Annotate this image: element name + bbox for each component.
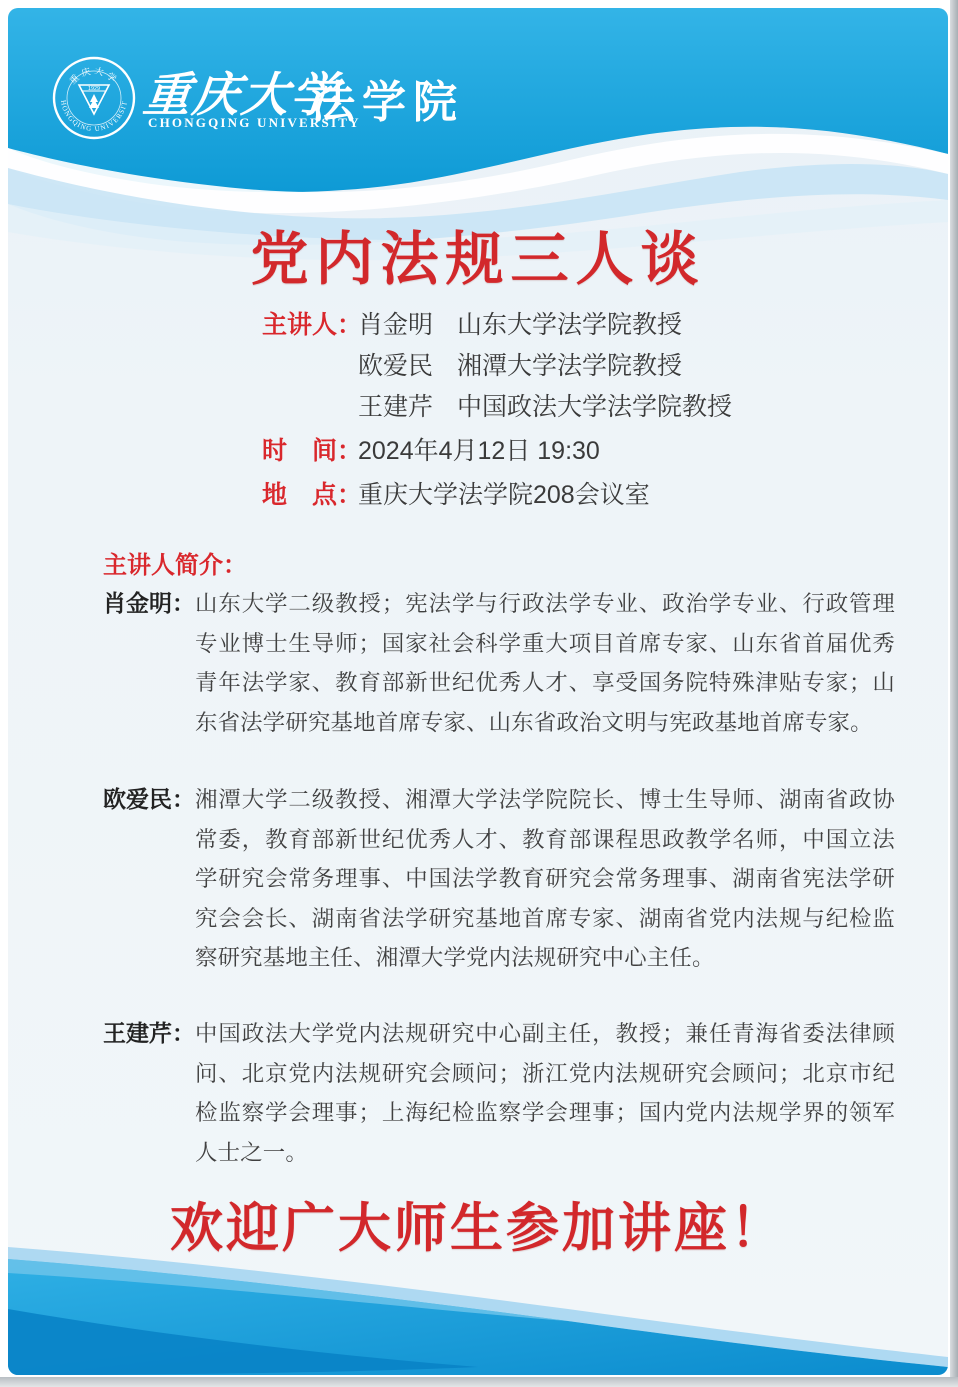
- speaker-label: 主讲人：: [262, 312, 358, 339]
- seal-year: 1929: [88, 86, 100, 92]
- bio-text: 山东大学二级教授；宪法学与行政法学专业、政治学专业、行政管理专业博士生导师；国家…: [195, 584, 895, 742]
- speaker-row-1: 主讲人：肖金明山东大学法学院教授: [262, 312, 732, 353]
- bio-wang-jianqin: 王建芹： 中国政法大学党内法规研究中心副主任，教授；兼任青海省委法律顾问、北京党…: [103, 1014, 895, 1172]
- photo-edge-bottom: [0, 1377, 958, 1387]
- bios-heading: 主讲人简介：: [103, 545, 247, 580]
- speaker-affiliation: 山东大学法学院教授: [457, 312, 682, 339]
- speaker-affiliation: 湘潭大学法学院教授: [457, 353, 682, 380]
- speaker-name: 王建芹: [358, 394, 433, 421]
- bio-name: 王建芹：: [103, 1014, 195, 1054]
- poster-title: 党内法规三人谈: [8, 212, 948, 296]
- venue-label: 地 点：: [262, 482, 358, 509]
- speaker-row-3: 王建芹中国政法大学法学院教授: [262, 394, 732, 435]
- speaker-row-2: 欧爱民湘潭大学法学院教授: [262, 353, 732, 394]
- speaker-name: 肖金明: [358, 312, 433, 339]
- event-info: 主讲人：肖金明山东大学法学院教授 欧爱民湘潭大学法学院教授 王建芹中国政法大学法…: [262, 312, 732, 523]
- school-name: 法学院: [311, 66, 464, 130]
- footer-wave: [8, 1245, 948, 1375]
- bio-text: 中国政法大学党内法规研究中心副主任，教授；兼任青海省委法律顾问、北京党内法规研究…: [195, 1014, 895, 1172]
- speaker-affiliation: 中国政法大学法学院教授: [457, 394, 732, 421]
- venue-row: 地 点：重庆大学法学院208会议室: [262, 482, 732, 523]
- bio-name: 肖金明：: [103, 584, 195, 624]
- university-seal-icon: 重庆大学 CHONGQING UNIVERSITY 1929: [52, 56, 136, 140]
- bio-ou-aimin: 欧爱民： 湘潭大学二级教授、湘潭大学法学院院长、博士生导师、湖南省政协常委，教育…: [103, 780, 895, 978]
- venue-value: 重庆大学法学院208会议室: [358, 481, 650, 509]
- header-brand: 重庆大学 CHONGQING UNIVERSITY 1929 重庆大学 CHON…: [8, 8, 948, 168]
- time-row: 时 间：2024年4月12日 19:30: [262, 438, 732, 479]
- bio-xiao-jinming: 肖金明： 山东大学二级教授；宪法学与行政法学专业、政治学专业、行政管理专业博士生…: [103, 584, 895, 742]
- time-value: 2024年4月12日 19:30: [358, 437, 600, 465]
- bio-name: 欧爱民：: [103, 780, 195, 820]
- closing-headline: 欢迎广大师生参加讲座！: [8, 1186, 948, 1262]
- time-label: 时 间：: [262, 438, 358, 465]
- bio-text: 湘潭大学二级教授、湘潭大学法学院院长、博士生导师、湖南省政协常委，教育部新世纪优…: [195, 780, 895, 978]
- photo-edge-right: [950, 0, 958, 1387]
- svg-text:重庆大学: 重庆大学: [67, 65, 121, 87]
- speaker-name: 欧爱民: [358, 353, 433, 380]
- lecture-poster: 重庆大学 CHONGQING UNIVERSITY 1929 重庆大学 CHON…: [0, 0, 958, 1387]
- poster-canvas: 重庆大学 CHONGQING UNIVERSITY 1929 重庆大学 CHON…: [8, 8, 948, 1375]
- seal-top-text: 重庆大学: [67, 65, 121, 87]
